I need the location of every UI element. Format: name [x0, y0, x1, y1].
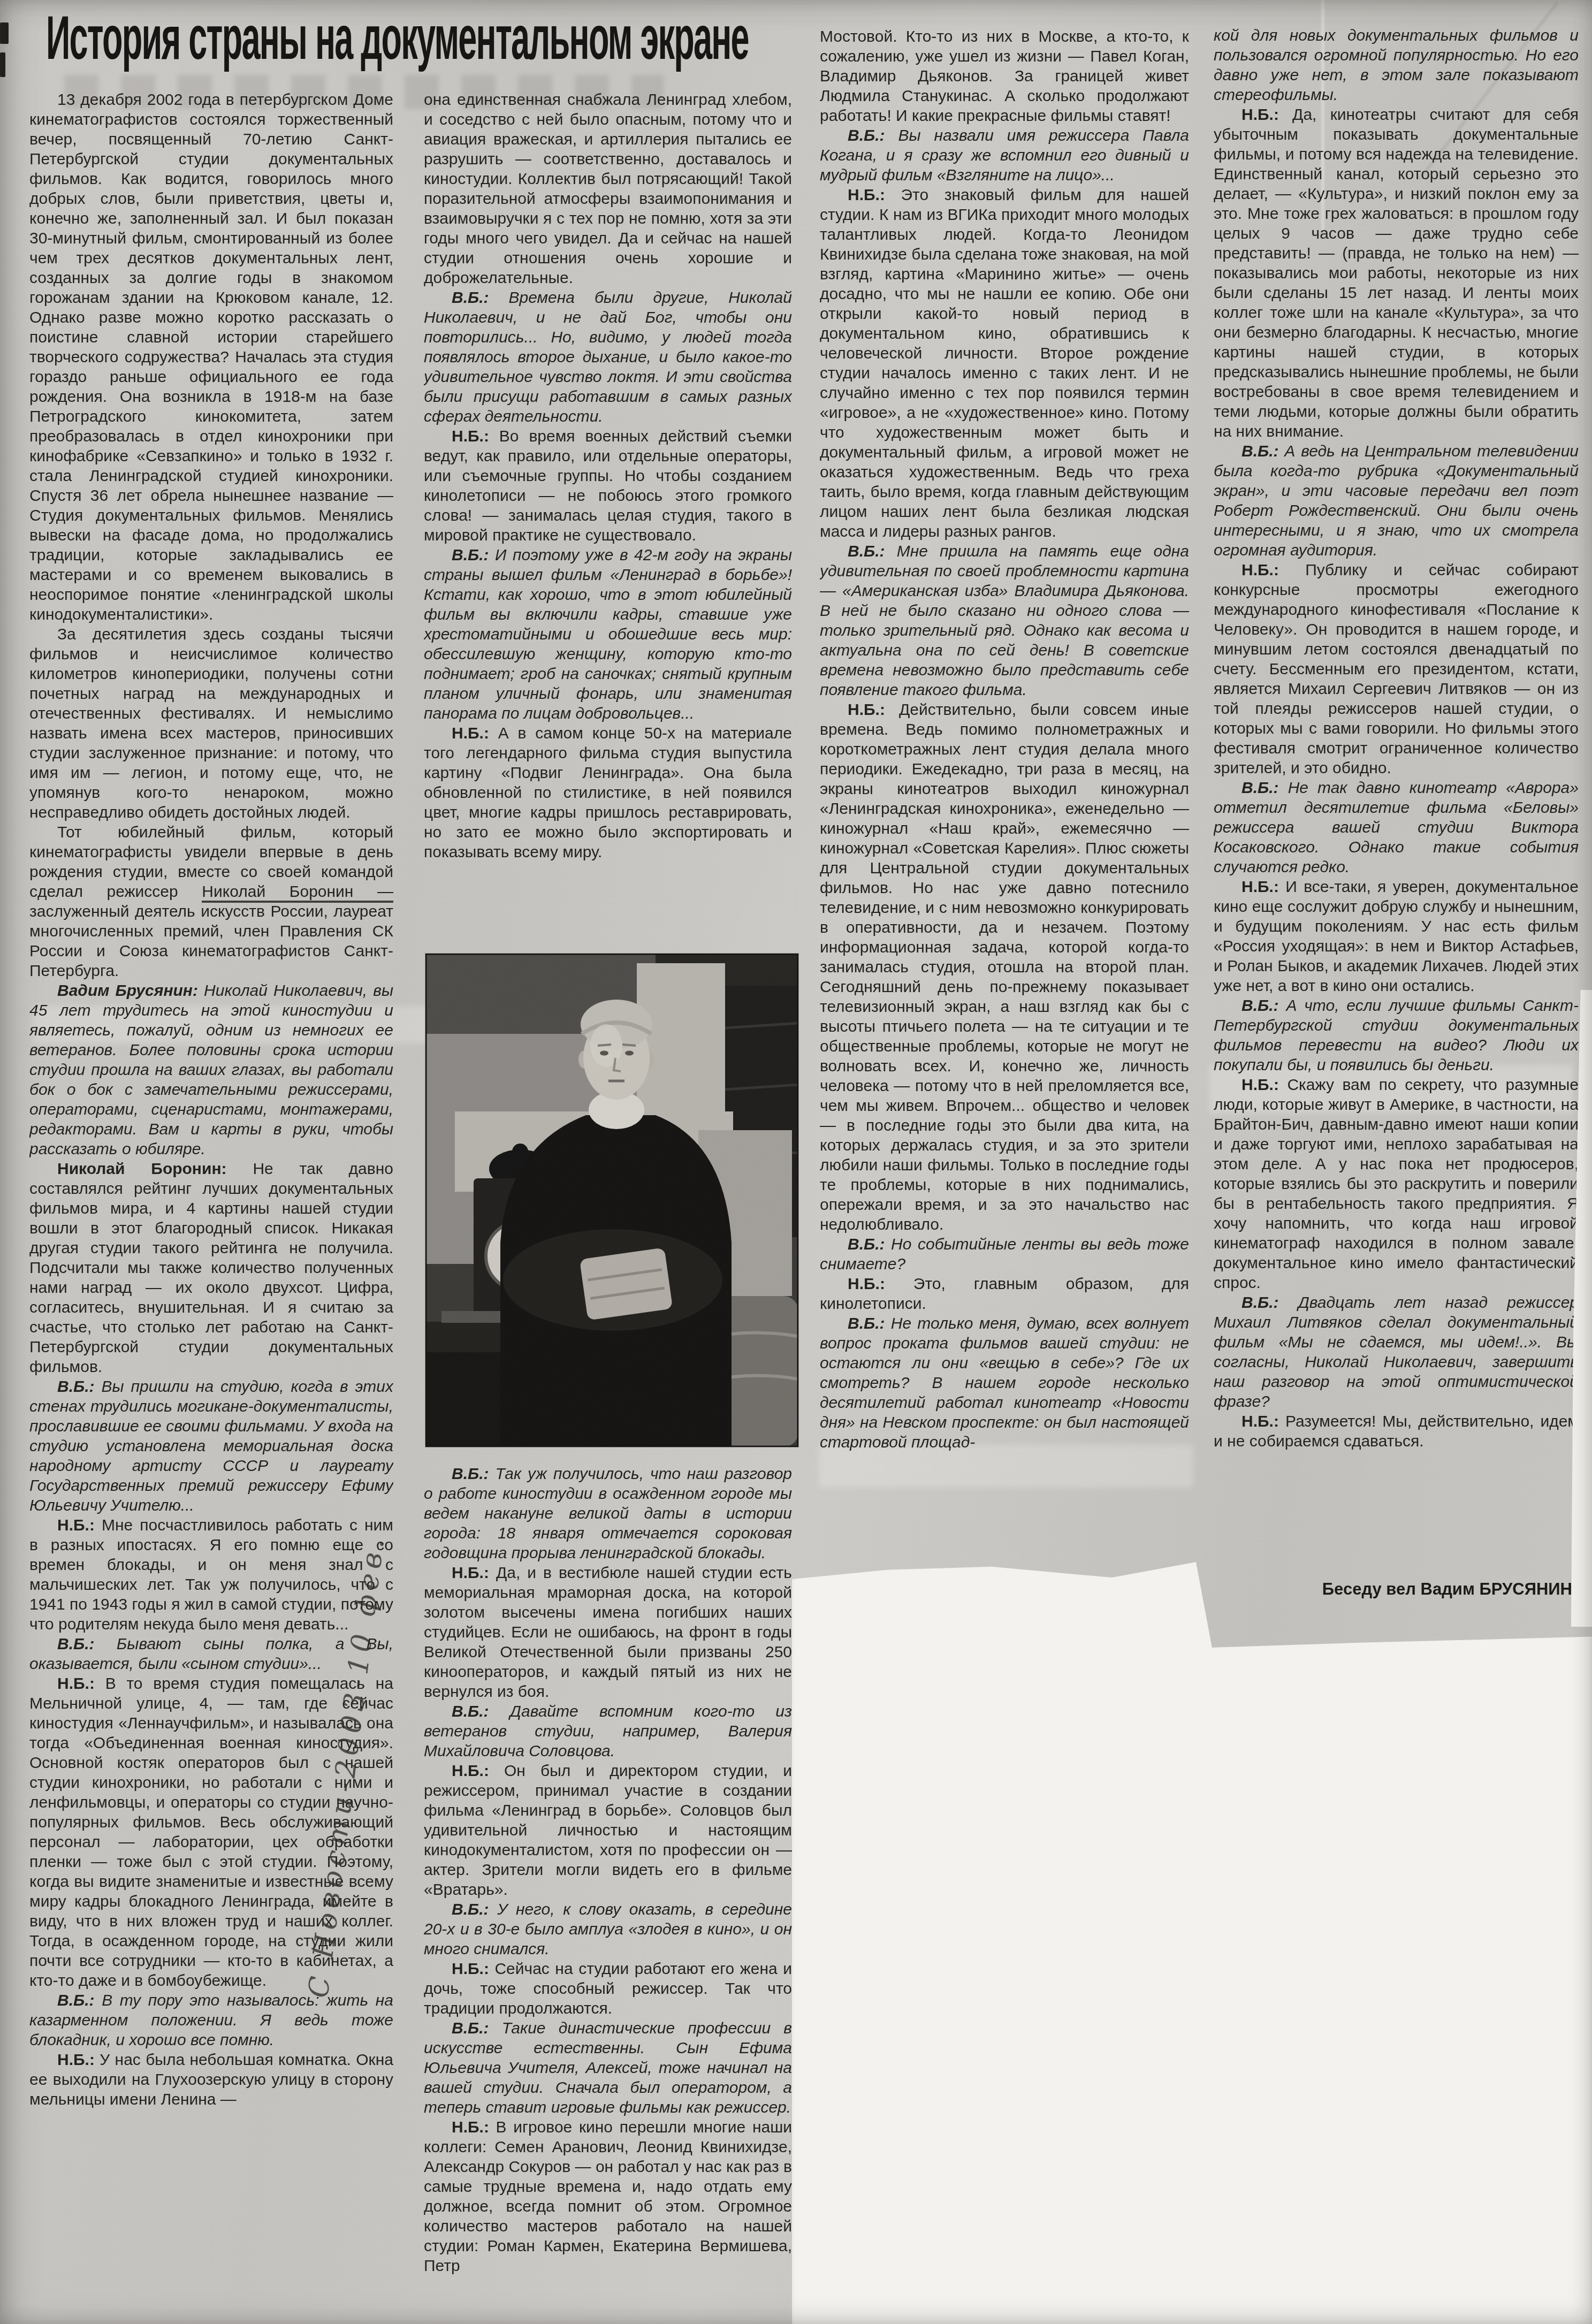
speaker-label: В.Б.:: [452, 1703, 510, 1720]
speaker-label: В.Б.:: [1241, 1294, 1298, 1312]
interview-paragraph: Н.Б.: Да, и в вестибюле нашей студии ест…: [424, 1563, 792, 1702]
speaker-label: Н.Б.:: [57, 2051, 100, 2069]
interview-paragraph: В.Б.: А ведь на Центральном телевидении …: [1214, 441, 1579, 560]
speaker-label: Н.Б.:: [452, 428, 499, 445]
interview-paragraph: Н.Б.: Это знаковый фильм для нашей студи…: [820, 185, 1189, 542]
interview-paragraph: Вадим Брусянин: Николай Николаевич, вы 4…: [29, 981, 393, 1159]
body-paragraph: Тот юбилейный фильм, который кинематогра…: [29, 822, 393, 981]
speaker-label: В.Б.:: [57, 1992, 102, 2009]
speaker-label: Н.Б.:: [1241, 878, 1285, 896]
body-paragraph: она единственная снабжала Ленинград хлеб…: [424, 90, 792, 288]
speaker-label: В.Б.:: [452, 1465, 496, 1483]
speaker-label: В.Б.:: [848, 1315, 891, 1332]
interview-paragraph: В.Б.: Так уж получилось, что наш разгово…: [424, 1464, 792, 1563]
interview-paragraph: В.Б.: И поэтому уже в 42-м году на экран…: [424, 545, 792, 723]
interview-paragraph: Н.Б.: В игровое кино перешли многие наши…: [424, 2117, 792, 2276]
byline: Беседу вел Вадим БРУСЯНИН: [1204, 1580, 1575, 1599]
speaker-label: В.Б.:: [57, 1378, 102, 1396]
speaker-label: Н.Б.:: [452, 1564, 496, 1582]
speaker-label: В.Б.:: [1241, 997, 1286, 1015]
body-paragraph: Мостовой. Кто-то из них в Москве, а кто-…: [820, 27, 1189, 126]
speaker-label: Н.Б.:: [57, 1675, 105, 1693]
interview-paragraph: В.Б.: Двадцать лет назад режиссер Михаил…: [1214, 1293, 1579, 1412]
column-3: Мостовой. Кто-то из них в Москве, а кто-…: [820, 27, 1189, 1573]
interview-paragraph: Николай Боронин: Не так давно составлялс…: [29, 1159, 393, 1377]
speaker-label: В.Б.:: [452, 289, 509, 307]
speaker-label: Н.Б.:: [1241, 1076, 1287, 1094]
column-4: кой для новых документальных фильмов и п…: [1214, 26, 1579, 1567]
body-paragraph: кой для новых документальных фильмов и п…: [1214, 26, 1579, 105]
column-2-above-photo: она единственная снабжала Ленинград хлеб…: [424, 90, 792, 949]
interview-paragraph: В.Б.: Вы пришли на студию, когда в этих …: [29, 1377, 393, 1515]
interview-paragraph: В.Б.: У него, к слову оказать, в середин…: [424, 1900, 792, 1959]
column-2-below-photo: В.Б.: Так уж получилось, что наш разгово…: [424, 1464, 792, 2324]
speaker-label: Н.Б.:: [452, 1762, 504, 1780]
interview-paragraph: Н.Б.: Действительно, были совсем иные вр…: [820, 700, 1189, 1235]
scan-edge-mark: [0, 52, 5, 77]
speaker-label: В.Б.:: [452, 1901, 497, 1918]
interview-paragraph: В.Б.: В ту пору это называлось: жить на …: [29, 1991, 393, 2050]
interview-paragraph: Н.Б.: Мне посчастливилось работать с ним…: [29, 1515, 393, 1634]
speaker-label: В.Б.:: [848, 1236, 891, 1253]
newspaper-clipping-scan: История страны на документальном экране …: [0, 0, 1592, 2324]
interview-paragraph: Н.Б.: И все-таки, я уверен, документальн…: [1214, 877, 1579, 996]
speaker-label: Н.Б.:: [452, 725, 498, 742]
interview-paragraph: В.Б.: А что, если лучшие фильмы Санкт-Пе…: [1214, 996, 1579, 1075]
speaker-label: Николай Боронин:: [57, 1160, 253, 1178]
scan-edge-mark: [0, 22, 9, 44]
speaker-label: В.Б.:: [452, 546, 495, 564]
column-1: 13 декабря 2002 года в петербургском Дом…: [29, 90, 393, 2324]
speaker-label: Н.Б.:: [452, 2119, 496, 2136]
interview-paragraph: В.Б.: Бывают сыны полка, а Вы, оказывает…: [29, 1634, 393, 1674]
body-paragraph: За десятилетия здесь созданы тысячи филь…: [29, 624, 393, 822]
interview-paragraph: В.Б.: Давайте вспомним кого-то из ветера…: [424, 1702, 792, 1761]
interview-paragraph: В.Б.: Времена были другие, Николай Никол…: [424, 288, 792, 426]
speaker-label: Н.Б.:: [1241, 106, 1292, 124]
interview-paragraph: В.Б.: Не так давно кинотеатр «Аврора» от…: [1214, 778, 1579, 877]
speaker-label: Вадим Брусянин:: [57, 982, 204, 1000]
speaker-label: В.Б.:: [1241, 443, 1284, 460]
photo-illustration: [425, 954, 798, 1447]
speaker-label: Н.Б.:: [848, 701, 899, 719]
body-paragraph: 13 декабря 2002 года в петербургском Дом…: [29, 90, 393, 624]
speaker-label: Н.Б.:: [1241, 561, 1305, 579]
interview-paragraph: Н.Б.: У нас была небольшая комнатка. Окн…: [29, 2050, 393, 2109]
speaker-label: Н.Б.:: [848, 186, 901, 204]
interview-paragraph: Н.Б.: Разумеется! Мы, действительно, иде…: [1214, 1412, 1579, 1451]
article-photo-portrait: [425, 954, 798, 1447]
interview-paragraph: Н.Б.: Он был и директором студии, и режи…: [424, 1761, 792, 1900]
speaker-label: В.Б.:: [1241, 779, 1288, 797]
speaker-label: Н.Б.:: [848, 1275, 913, 1293]
interview-paragraph: Н.Б.: А в самом конце 50-х на материале …: [424, 723, 792, 862]
interview-paragraph: В.Б.: Мне пришла на память еще одна удив…: [820, 542, 1189, 700]
article-title: История страны на документальном экране: [46, 6, 749, 70]
interview-paragraph: Н.Б.: Сейчас на студии работают его жена…: [424, 1959, 792, 2018]
speaker-label: В.Б.:: [452, 2020, 502, 2037]
interview-paragraph: В.Б.: Вы назвали имя режиссера Павла Ког…: [820, 126, 1189, 185]
interview-paragraph: Н.Б.: Публику и сейчас собирают конкурсн…: [1214, 560, 1579, 778]
interview-paragraph: Н.Б.: Во время военных действий съемки в…: [424, 426, 792, 545]
interview-paragraph: В.Б.: Такие династические профессии в ис…: [424, 2018, 792, 2117]
pen-underlined-name: Николай Боронин —: [202, 883, 393, 901]
speaker-label: В.Б.:: [848, 127, 898, 144]
interview-paragraph: Н.Б.: Да, кинотеатры считают для себя уб…: [1214, 105, 1579, 441]
speaker-label: В.Б.:: [848, 543, 897, 560]
speaker-label: В.Б.:: [57, 1635, 117, 1653]
interview-paragraph: Н.Б.: Скажу вам по секрету, что разумные…: [1214, 1075, 1579, 1293]
speaker-label: Н.Б.:: [452, 1960, 494, 1978]
interview-paragraph: В.Б.: Но событийные ленты вы ведь тоже с…: [820, 1235, 1189, 1274]
interview-paragraph: Н.Б.: Это, главным образом, для кинолето…: [820, 1274, 1189, 1314]
backing-paper-bottom-right: [792, 1546, 1592, 2324]
speaker-label: Н.Б.:: [57, 1517, 102, 1534]
speaker-label: Н.Б.:: [1241, 1413, 1285, 1430]
interview-paragraph: В.Б.: Не только меня, думаю, всех волнуе…: [820, 1314, 1189, 1452]
